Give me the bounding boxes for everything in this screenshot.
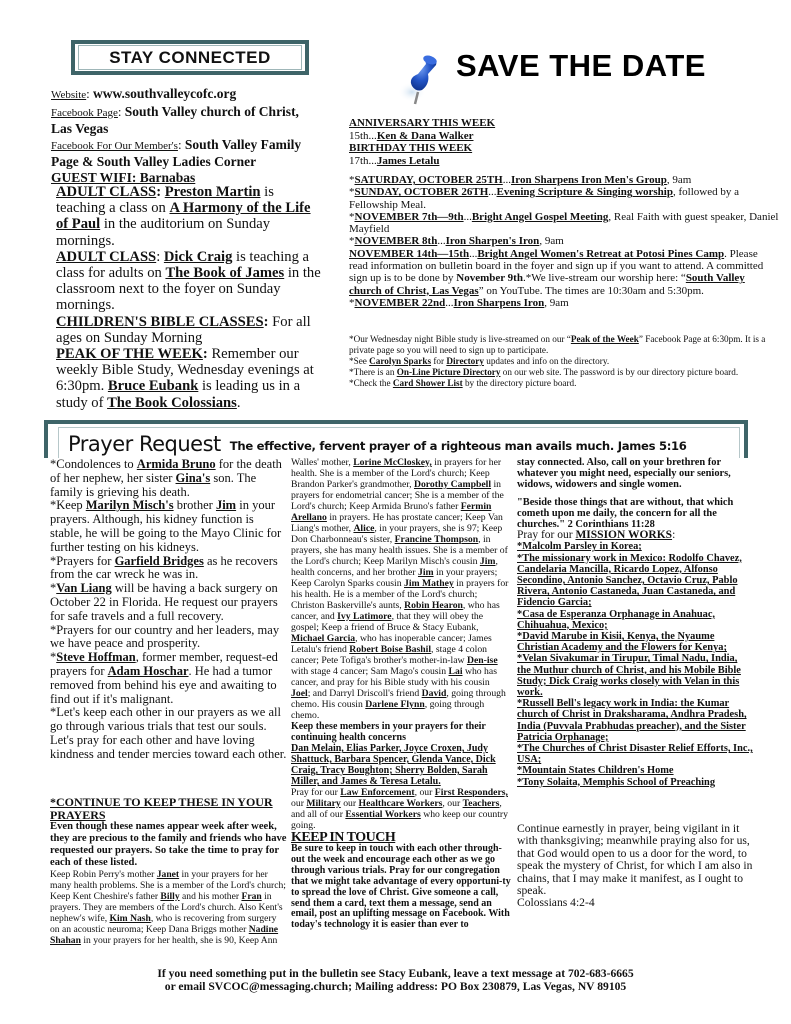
children-classes: CHILDREN'S BIBLE CLASSES: For all ages o… [56,314,324,346]
notes-list: *Our Wednesday night Bible study is live… [349,334,779,389]
anniversary-name: Ken & Dana Walker [377,130,474,142]
prayer-item: *Prayers for Garfield Bridges as he reco… [50,555,288,583]
event-item: *NOVEMBER 7th—9th...Bright Angel Gospel … [349,211,779,236]
events-list: *SATURDAY, OCTOBER 25TH...Iron Sharpens … [349,174,779,309]
mission-item: *The missionary work in Mexico: Rodolfo … [517,553,753,609]
prayer-item: *Van Liang will be having a back surgery… [50,582,288,623]
event-item: *NOVEMBER 22nd...Iron Sharpens Iron, 9am [349,297,779,309]
bulletin-footer: If you need something put in the bulleti… [0,967,791,993]
website-label: Website [51,89,86,101]
event-item: *SUNDAY, OCTOBER 26TH...Evening Scriptur… [349,186,779,211]
corinthians-quote: "Beside those things that are without, t… [517,497,753,531]
prayer-column-1: *Condolences to Armida Bruno for the dea… [50,458,288,762]
prayer-item: *Prayers for our country and her leaders… [50,624,288,652]
prayer-column-2: Walles' mother, Lorine McCloskey, in pra… [291,457,511,931]
mission-item: *David Marube in Kisii, Kenya, the Nyaum… [517,631,753,653]
pray-for-workers: Pray for our Law Enforcement, our First … [291,787,511,831]
footer-line-1: If you need something put in the bulleti… [0,967,791,980]
birthday-name: James Letalu [377,155,440,167]
event-item: NOVEMBER 14th—15th...Bright Angel Women'… [349,248,779,297]
classes-list: ADULT CLASS: Preston Martin is teaching … [56,184,324,411]
prayer-item: *Condolences to Armida Bruno for the dea… [50,458,288,499]
anniversary-birthday: ANNIVERSARY THIS WEEK 15th...Ken & Dana … [349,117,769,167]
adult-class-1: ADULT CLASS: Preston Martin is teaching … [56,184,324,249]
scripture-reference: Colossians 4:2-4 [517,897,753,909]
stay-connected-box: STAY CONNECTED [71,40,309,75]
members-label: Facebook For Our Member's [51,140,178,152]
adult-class-2: ADULT CLASS: Dick Craig is teaching a cl… [56,249,324,314]
prayer-item: *Steve Hoffman, former member, request-e… [50,651,288,706]
keep-in-touch-continued: stay connected. Also, call on your breth… [517,457,753,491]
prayer-list-continued: Walles' mother, Lorine McCloskey, in pra… [291,457,511,721]
mission-item: *Mountain States Children's Home [517,765,753,776]
stay-connected-title: STAY CONNECTED [109,48,271,68]
contact-info: Website: www.southvalleycofc.org Faceboo… [51,86,321,185]
scripture-text: Continue earnestly in prayer, being vigi… [517,823,753,897]
mission-item: *Malcolm Parsley in Korea; [517,541,753,552]
mission-item: *Russell Bell's legacy work in India: th… [517,698,753,743]
website-link[interactable]: www.southvalleycofc.org [93,86,236,101]
continue-heading: *CONTINUE TO KEEP THESE IN YOUR PRAYERS [50,796,288,821]
continue-intro: Even though these names appear week afte… [50,821,288,869]
continue-body: Keep Robin Perry's mother Janet in your … [50,869,288,946]
prayer-column-3: stay connected. Also, call on your breth… [517,457,753,788]
save-the-date-title: SAVE THE DATE [456,48,706,84]
guest-wifi: GUEST WIFI: Barnabas [51,170,321,186]
mission-item: *The Churches of Christ Disaster Relief … [517,743,753,765]
mission-item: *Casa de Esperanza Orphanage in Anahuac,… [517,609,753,631]
note-item: *Check the Card Shower List by the direc… [349,378,779,389]
prayer-item: *Let's keep each other in our prayers as… [50,706,288,761]
birthday-heading: BIRTHDAY THIS WEEK [349,142,472,154]
note-item: *There is an On-Line Picture Directory o… [349,367,779,378]
mission-works-heading: Pray for our MISSION WORKS: [517,530,753,541]
pushpin-icon [398,48,458,108]
note-item: *See Carolyn Sparks for Directory update… [349,356,779,367]
prayer-verse: The effective, fervent prayer of a right… [230,439,687,453]
colossians-scripture: Continue earnestly in prayer, being vigi… [517,823,753,910]
continue-prayers: *CONTINUE TO KEEP THESE IN YOUR PRAYERS … [50,796,288,946]
event-item: *NOVEMBER 8th...Iron Sharpen's Iron, 9am [349,235,779,247]
note-item: *Our Wednesday night Bible study is live… [349,334,779,356]
prayer-request-title: Prayer Request [68,430,221,458]
members-list: Dan Melain, Elias Parker, Joyce Croxen, … [291,743,511,787]
event-item: *SATURDAY, OCTOBER 25TH...Iron Sharpens … [349,174,779,186]
footer-line-2: or email SVCOC@messaging.church; Mailing… [0,980,791,993]
prayer-request-banner: Prayer Request The effective, fervent pr… [44,420,748,458]
anniversary-heading: ANNIVERSARY THIS WEEK [349,117,495,129]
prayer-item: *Keep Marilyn Misch's brother Jim in you… [50,499,288,554]
peak-of-the-week: PEAK OF THE WEEK: Remember our weekly Bi… [56,346,324,411]
mission-item: *Velan Sivakumar in Tirupur, Timal Nadu,… [517,653,753,698]
mission-item: *Tony Solaita, Memphis School of Preachi… [517,777,753,788]
members-heading: Keep these members in your prayers for t… [291,721,511,743]
facebook-label: Facebook Page [51,107,118,119]
keep-in-touch-body: Be sure to keep in touch with each other… [291,844,511,931]
